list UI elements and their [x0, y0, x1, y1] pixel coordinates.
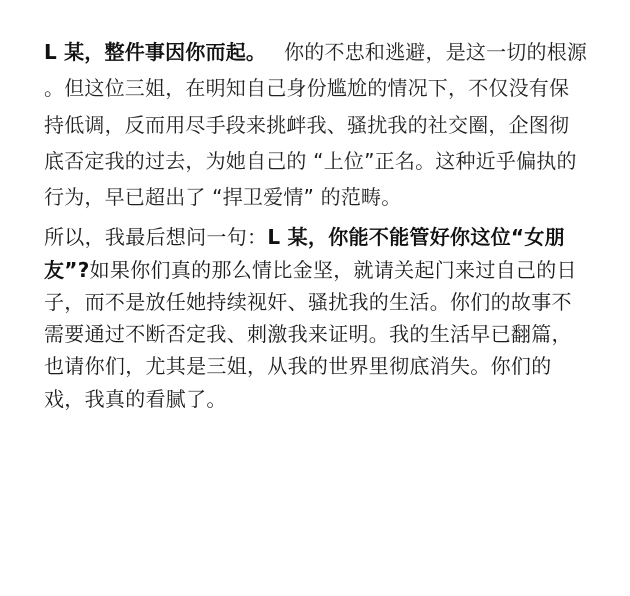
question-lead: 所以，我最后想问一句：: [44, 225, 267, 249]
document-body: L 某，整件事因你而起。你的不忠和逃避，是这一切的根源 。但这位三姐，在明知自己…: [44, 34, 589, 415]
paragraph-question: 所以，我最后想问一句：L 某，你能不能管好你这位“女朋友”?如果你们真的那么情比…: [44, 221, 589, 414]
bold-lead-sentence: L 某，整件事因你而起。: [44, 40, 266, 64]
paragraph-text: 你的不忠和逃避，是这一切的根源 。但这位三姐，在明知自己身份尴尬的情况下，不仅没…: [44, 40, 587, 209]
paragraph-accusation: L 某，整件事因你而起。你的不忠和逃避，是这一切的根源 。但这位三姐，在明知自己…: [44, 34, 589, 215]
paragraph-text: 如果你们真的那么情比金坚，就请关起门来过自己的日子，而不是放任她持续视奸、骚扰我…: [44, 258, 577, 411]
